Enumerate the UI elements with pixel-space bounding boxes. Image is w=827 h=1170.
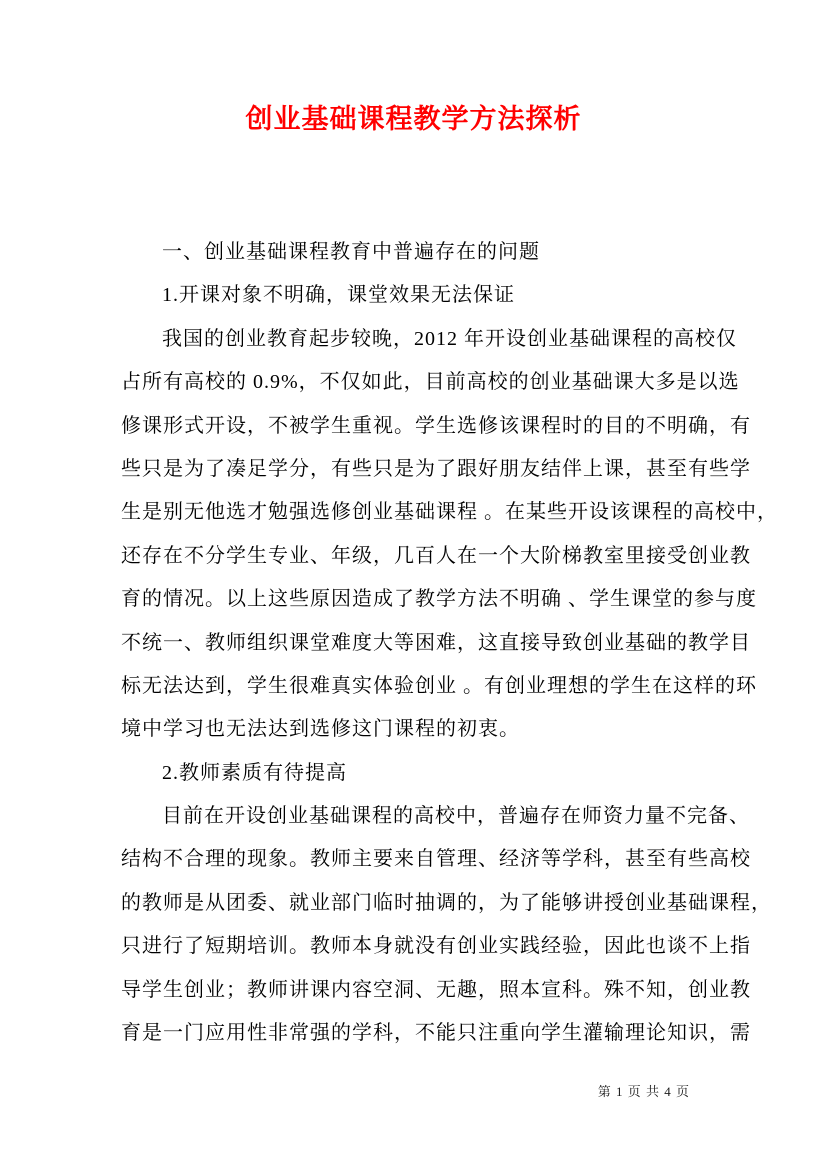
document-page: 创业基础课程教学方法探析 一、创业基础课程教育中普遍存在的问题1.开课对象不明确… [0, 0, 827, 1170]
body-line: 我国的创业教育起步较晚，2012 年开设创业基础课程的高校仅 [121, 318, 701, 361]
body-line: 一、创业基础课程教育中普遍存在的问题 [121, 231, 701, 274]
body-line: 生是别无他选才勉强选修创业基础课程 。在某些开设该课程的高校中， [121, 491, 701, 534]
body-line: 2.教师素质有待提高 [121, 752, 701, 795]
body-line: 1.开课对象不明确，课堂效果无法保证 [121, 274, 701, 317]
body-line: 的教师是从团委、就业部门临时抽调的，为了能够讲授创业基础课程， [121, 882, 701, 925]
page-footer: 第 1 页 共 4 页 [121, 1084, 690, 1100]
document-title: 创业基础课程教学方法探析 [0, 103, 827, 135]
body-line: 育是一门应用性非常强的学科，不能只注重向学生灌输理论知识，需 [121, 1012, 701, 1055]
body-line: 还存在不分学生专业、年级，几百人在一个大阶梯教室里接受创业教 [121, 535, 701, 578]
body-line: 不统一、教师组织课堂难度大等困难，这直接导致创业基础的教学目 [121, 622, 701, 665]
body-line: 境中学习也无法达到选修这门课程的初衷。 [121, 708, 701, 751]
page-number-text: 第 1 页 共 4 页 [598, 1084, 690, 1099]
body-line: 些只是为了凑足学分，有些只是为了跟好朋友结伴上课，甚至有些学 [121, 448, 701, 491]
body-line: 修课形式开设，不被学生重视。学生选修该课程时的目的不明确，有 [121, 405, 701, 448]
document-body: 一、创业基础课程教育中普遍存在的问题1.开课对象不明确，课堂效果无法保证我国的创… [121, 231, 701, 1055]
body-line: 占所有高校的 0.9%，不仅如此，目前高校的创业基础课大多是以选 [121, 361, 701, 404]
body-line: 目前在开设创业基础课程的高校中，普遍存在师资力量不完备、 [121, 795, 701, 838]
body-line: 只进行了短期培训。教师本身就没有创业实践经验，因此也谈不上指 [121, 925, 701, 968]
body-line: 标无法达到，学生很难真实体验创业 。有创业理想的学生在这样的环 [121, 665, 701, 708]
body-line: 导学生创业；教师讲课内容空洞、无趣，照本宣科。殊不知，创业教 [121, 969, 701, 1012]
body-line: 结构不合理的现象。教师主要来自管理、经济等学科，甚至有些高校 [121, 838, 701, 881]
body-line: 育的情况。以上这些原因造成了教学方法不明确 、学生课堂的参与度 [121, 578, 701, 621]
